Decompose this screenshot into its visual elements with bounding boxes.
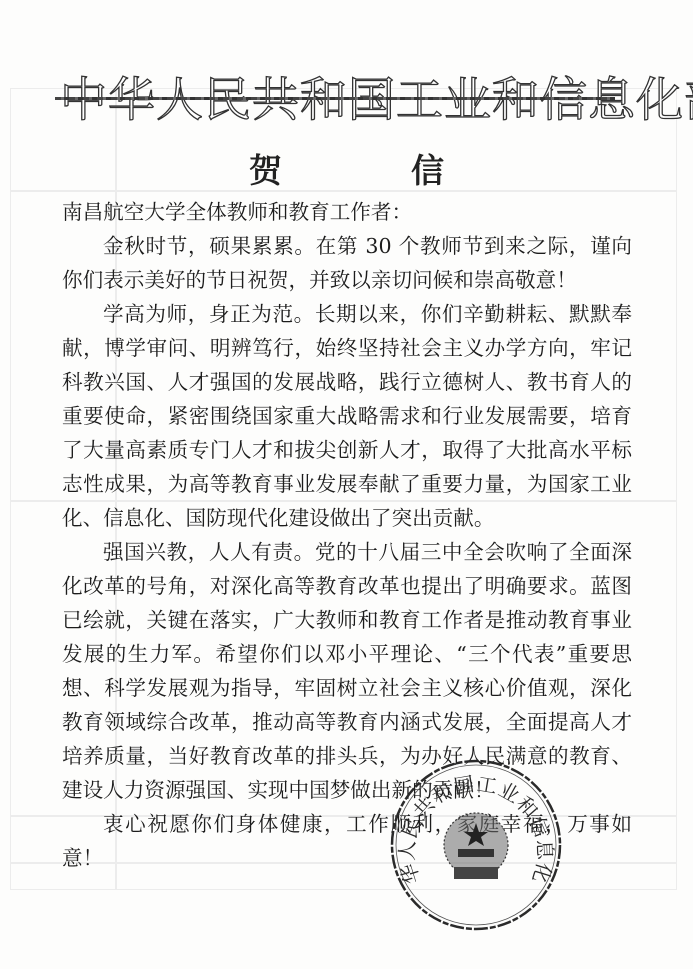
paragraph-achievements: 学高为师，身正为范。长期以来，你们辛勤耕耘、默默奉献，博学审问、明辨笃行，始终坚… — [62, 297, 632, 535]
national-emblem-icon — [444, 813, 508, 879]
seal-stamp-icon: 中华人民共和国工业和信息化部 — [388, 757, 564, 933]
paragraph-greeting: 金秋时节，硕果累累。在第 30 个教师节到来之际，谨向你们表示美好的节日祝贺，并… — [62, 229, 632, 297]
letterhead-rule — [55, 97, 615, 100]
salutation: 南昌航空大学全体教师和教育工作者： — [62, 195, 632, 229]
official-seal: 中华人民共和国工业和信息化部 — [388, 757, 564, 933]
letterhead-organization: 中华人民共和国工业和信息化部 — [60, 75, 620, 127]
document-title: 贺 信 — [0, 145, 693, 192]
